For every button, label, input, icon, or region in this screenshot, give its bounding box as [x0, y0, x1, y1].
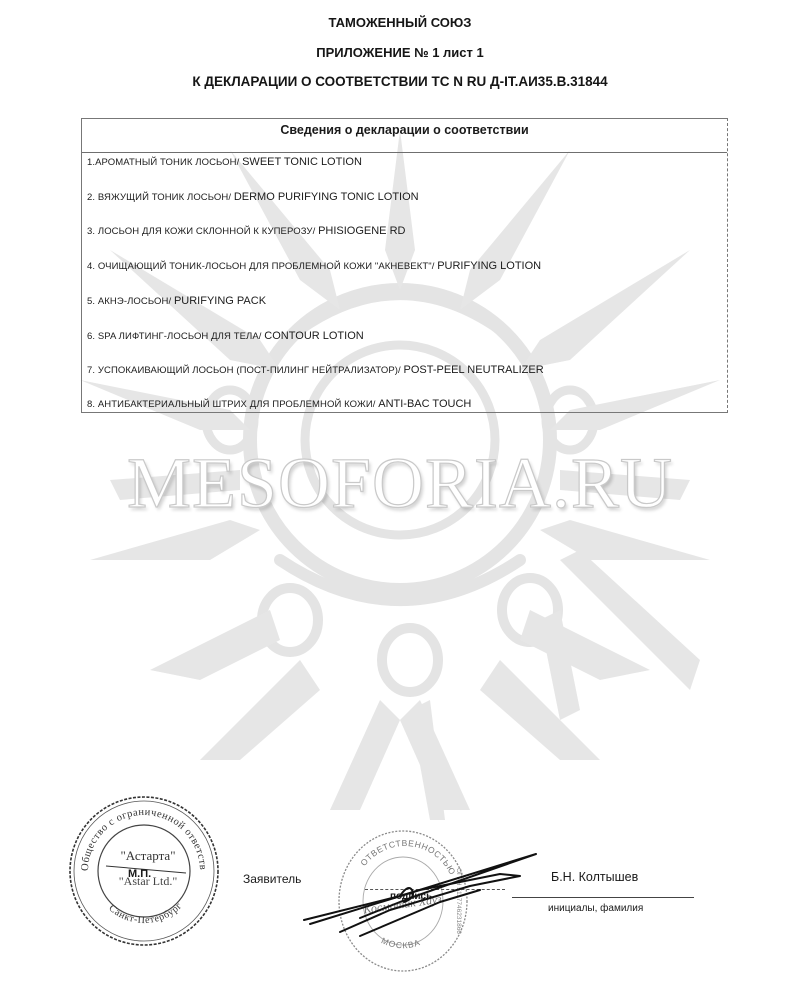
table-row: 1.АРОМАТНЫЙ ТОНИК ЛОСЬОН/ SWEET TONIC LO…	[87, 156, 362, 168]
document-heading-appendix: ПРИЛОЖЕНИЕ № 1 лист 1	[0, 45, 800, 60]
item-name-ru: 5. АКНЭ-ЛОСЬОН/	[87, 296, 174, 307]
item-name-ru: 3. ЛОСЬОН ДЛЯ КОЖИ СКЛОННОЙ К КУПЕРОЗУ/	[87, 226, 318, 237]
document-heading-union: ТАМОЖЕННЫЙ СОЮЗ	[0, 15, 800, 30]
item-name-en: SWEET TONIC LOTION	[242, 156, 362, 168]
document-heading-declaration: К ДЕКЛАРАЦИИ О СООТВЕТСТВИИ ТС N RU Д-IT…	[0, 74, 800, 89]
item-name-ru: 6. SPA ЛИФТИНГ-ЛОСЬОН ДЛЯ ТЕЛА/	[87, 331, 264, 342]
item-name-ru: 2. ВЯЖУЩИЙ ТОНИК ЛОСЬОН/	[87, 192, 234, 203]
name-caption: инициалы, фамилия	[548, 903, 643, 914]
item-name-en: ANTI-BAC TOUCH	[378, 398, 471, 410]
watermark-text: MESOFORIA.RU	[0, 447, 800, 519]
item-name-ru: 1.АРОМАТНЫЙ ТОНИК ЛОСЬОН/	[87, 157, 242, 168]
table-row: 8. АНТИБАКТЕРИАЛЬНЫЙ ШТРИХ ДЛЯ ПРОБЛЕМНО…	[87, 398, 471, 410]
signature-icon	[300, 840, 540, 950]
stamp-left-center-1: "Астарта"	[121, 848, 176, 863]
svg-text:Санкт-Петербург: Санкт-Петербург	[106, 900, 184, 926]
table-row: 5. АКНЭ-ЛОСЬОН/ PURIFYING PACK	[87, 295, 266, 307]
item-name-en: PHISIOGENE RD	[318, 225, 405, 237]
stamp-left-outer-bottom: Санкт-Петербург	[106, 900, 184, 926]
item-name-en: POST-PEEL NEUTRALIZER	[404, 364, 544, 376]
item-name-ru: 7. УСПОКАИВАЮЩИЙ ЛОСЬОН (ПОСТ-ПИЛИНГ НЕЙ…	[87, 365, 404, 376]
item-name-ru: 8. АНТИБАКТЕРИАЛЬНЫЙ ШТРИХ ДЛЯ ПРОБЛЕМНО…	[87, 399, 378, 410]
table-row: 2. ВЯЖУЩИЙ ТОНИК ЛОСЬОН/ DERMO PURIFYING…	[87, 191, 419, 203]
applicant-label: Заявитель	[243, 872, 301, 886]
item-name-ru: 4. ОЧИЩАЮЩИЙ ТОНИК-ЛОСЬОН ДЛЯ ПРОБЛЕМНОЙ…	[87, 261, 437, 272]
seal-label: М.П.	[128, 868, 151, 880]
table-row: 4. ОЧИЩАЮЩИЙ ТОНИК-ЛОСЬОН ДЛЯ ПРОБЛЕМНОЙ…	[87, 260, 541, 272]
table-title: Сведения о декларации о соответствии	[82, 119, 727, 153]
item-name-en: CONTOUR LOTION	[264, 330, 363, 342]
item-name-en: PURIFYING PACK	[174, 295, 266, 307]
table-row: 6. SPA ЛИФТИНГ-ЛОСЬОН ДЛЯ ТЕЛА/ CONTOUR …	[87, 330, 364, 342]
table-row: 7. УСПОКАИВАЮЩИЙ ЛОСЬОН (ПОСТ-ПИЛИНГ НЕЙ…	[87, 364, 544, 376]
applicant-name: Б.Н. Колтышев	[551, 870, 638, 884]
item-name-en: DERMO PURIFYING TONIC LOTION	[234, 191, 419, 203]
table-row: 3. ЛОСЬОН ДЛЯ КОЖИ СКЛОННОЙ К КУПЕРОЗУ/ …	[87, 225, 405, 237]
item-name-en: PURIFYING LOTION	[437, 260, 541, 272]
declaration-table: Сведения о декларации о соответствии 1.А…	[81, 118, 728, 413]
